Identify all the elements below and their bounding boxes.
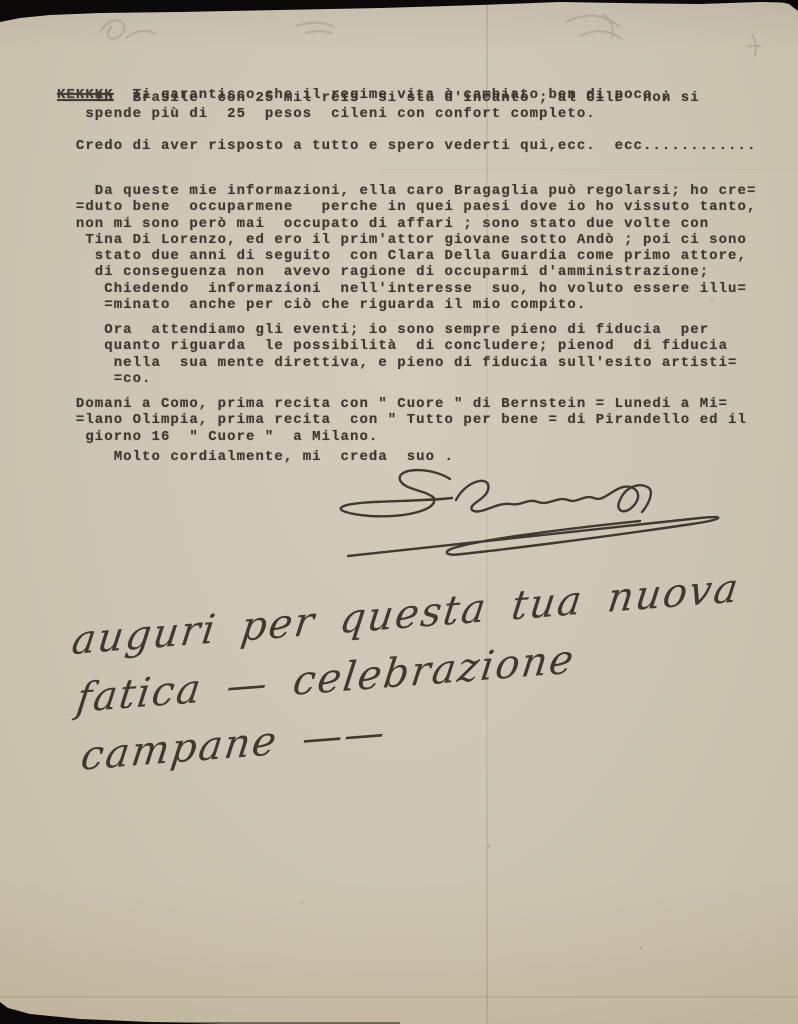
typed-line: di conseguenza non avevo ragione di occu… [57, 264, 756, 280]
typed-line: =co. [57, 371, 738, 387]
typed-line: spende più di 25 pesos cileni con confor… [57, 106, 700, 122]
paragraph-recite: Domani a Como, prima recita con " Cuore … [57, 396, 747, 445]
typed-line: Credo di aver risposto a tutto e spero v… [57, 138, 756, 154]
typed-line: =minato anche per ciò che riguarda il mi… [57, 297, 756, 313]
typed-line: Domani a Como, prima recita con " Cuore … [57, 396, 747, 412]
horizontal-crease [380, 169, 798, 170]
signature [318, 460, 742, 572]
typed-line: =lano Olimpia, prima recita con " Tutto … [57, 412, 747, 428]
typed-line: Tina Di Lorenzo, ed ero il prim'attor gi… [57, 232, 756, 248]
typed-line: In Brasile con 25 mil rèis si stà d'inca… [57, 90, 700, 106]
typed-line: nella sua mente direttiva, e pieno di fi… [57, 355, 738, 371]
handwritten-note: auguri per questa tua nuovafatica — cele… [70, 559, 751, 785]
paragraph-fiducia: Ora attendiamo gli eventi; io sono sempr… [57, 322, 738, 387]
typed-line: Ora attendiamo gli eventi; io sono sempr… [57, 322, 738, 338]
typed-line: non mi sono però mai occupato di affari … [57, 216, 756, 232]
letter-page: KEKKKK Ti garantisco che il regime vita … [0, 0, 798, 1024]
typed-line: giorno 16 " Cuore " a Milano. [57, 429, 747, 445]
typed-line: =duto bene occuparmene perche in quei pa… [57, 199, 756, 215]
horizontal-crease-bottom [0, 996, 798, 998]
typed-line: quanto riguarda le possibilità di conclu… [57, 338, 738, 354]
paragraph-brasile: In Brasile con 25 mil rèis si stà d'inca… [57, 90, 700, 123]
typed-line: Da queste mie informazioni, ella caro Br… [57, 183, 756, 199]
paragraph-informazioni: Da queste mie informazioni, ella caro Br… [57, 183, 756, 313]
typed-line: Chiedendo informazioni nell'interesse su… [57, 281, 756, 297]
typed-line: stato due anni di seguito con Clara Dell… [57, 248, 756, 264]
paragraph-credo: Credo di aver risposto a tutto e spero v… [57, 138, 756, 154]
